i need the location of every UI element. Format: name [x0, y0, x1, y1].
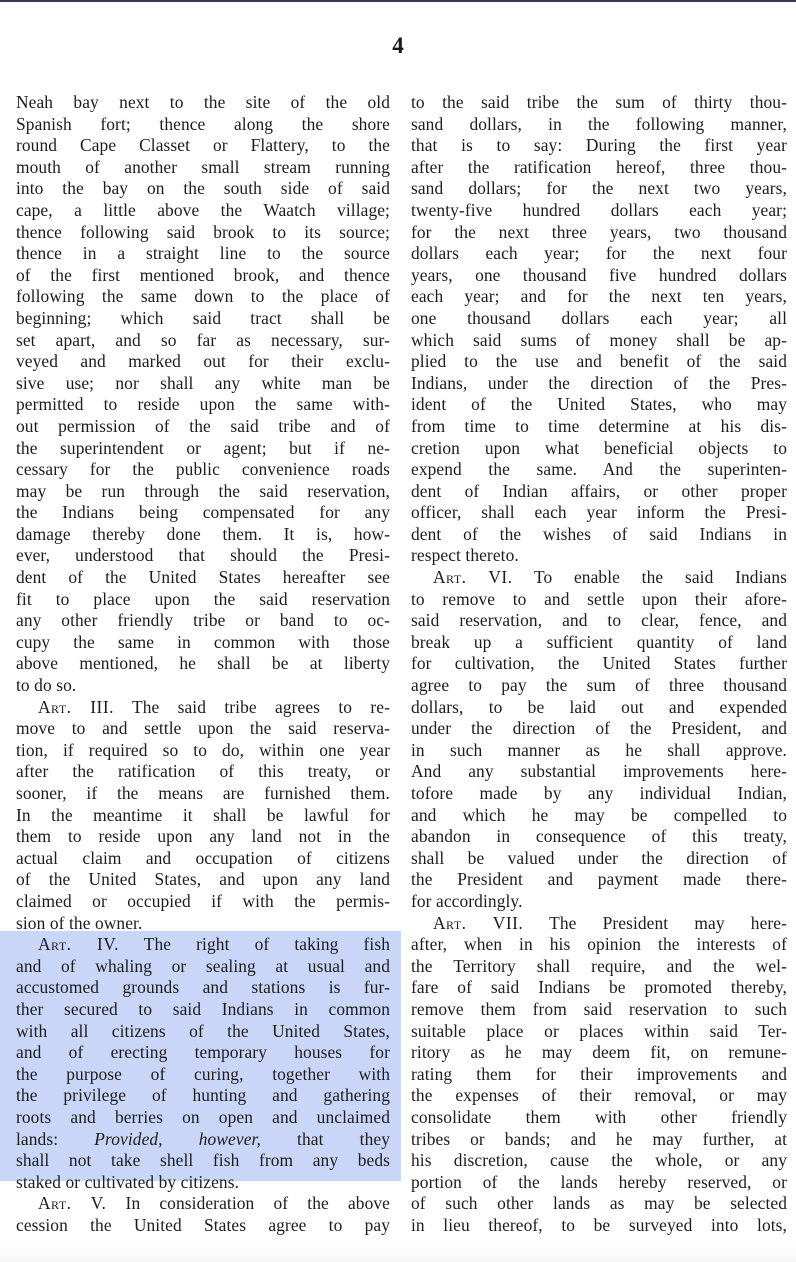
text-line: cessary for the public convenience roads — [16, 459, 390, 481]
text-line: plied to the use and benefit of the said — [411, 351, 787, 373]
text-line: any other friendly tribe or band to oc- — [16, 610, 390, 632]
text-line: dent of the wishes of said Indians in — [411, 524, 787, 546]
italic-proviso: Provided, however, — [94, 1129, 261, 1149]
text-line: accustomed grounds and stations is fur- — [16, 977, 390, 999]
text-line: actual claim and occupation of citizens — [16, 848, 390, 870]
text-line: in such manner as he shall approve. — [411, 740, 787, 762]
text-line: agree to pay the sum of three thousand — [411, 675, 787, 697]
text-line: set apart, and so far as necessary, sur- — [16, 330, 390, 352]
text-line: sand dollars; for the next two years, — [411, 178, 787, 200]
article-label: Art. VI. — [433, 567, 513, 587]
article-heading-line: Art. IV. The right of taking fish — [16, 934, 390, 956]
text-line: ther secured to said Indians in common — [16, 999, 390, 1021]
text-line: sooner, if the means are furnished them. — [16, 783, 390, 805]
text-line: for accordingly. — [411, 891, 787, 913]
text-line: thence in a straight line to the source — [16, 243, 390, 265]
text-span: In consideration of the above — [126, 1193, 390, 1213]
paragraph-art-6: Art. VI. To enable the said Indians to r… — [411, 567, 787, 913]
text-line: into the bay on the south side of said — [16, 178, 390, 200]
text-span: The said tribe agrees to re- — [132, 697, 390, 717]
text-line: dent of the United States hereafter see — [16, 567, 390, 589]
text-line: the privilege of hunting and gathering — [16, 1085, 390, 1107]
text-line: officer, shall each year inform the Pres… — [411, 502, 787, 524]
text-line: expend the same. And the superinten- — [411, 459, 787, 481]
text-line: for cultivation, the United States furth… — [411, 653, 787, 675]
text-line: fit to place upon the said reservation — [16, 589, 390, 611]
text-line: of the United States, and upon any land — [16, 869, 390, 891]
text-line: of such other lands as may be selected — [411, 1193, 787, 1215]
text-line: tion, if required so to do, within one y… — [16, 740, 390, 762]
text-line: consolidate them with other friendly — [411, 1107, 787, 1129]
text-line: dollars each year; for the next four — [411, 243, 787, 265]
text-line: the President and payment made there- — [411, 869, 787, 891]
text-line: suitable place or places within said Ter… — [411, 1021, 787, 1043]
text-line: from time to time determine at his dis- — [411, 416, 787, 438]
text-line: said reservation, and to clear, fence, a… — [411, 610, 787, 632]
text-line: break up a sufficient quantity of land — [411, 632, 787, 654]
text-line: cession the United States agree to pay — [16, 1215, 390, 1237]
text-line: permitted to reside upon the same with- — [16, 394, 390, 416]
text-line: veyed and marked out for their exclu- — [16, 351, 390, 373]
text-line: shall not take shell fish from any beds — [16, 1150, 390, 1172]
text-line: after the ratification hereof, three tho… — [411, 157, 787, 179]
text-line: abandon in consequence of this treaty, — [411, 826, 787, 848]
text-line: damage thereby done them. It is, how- — [16, 524, 390, 546]
paragraph-art-2-continued: Neah bay next to the site of the old Spa… — [16, 92, 390, 697]
text-span: To enable the said Indians — [534, 567, 787, 587]
text-line: respect thereto. — [411, 545, 787, 567]
text-span: that they — [297, 1129, 390, 1149]
text-line: the superintendent or agent; but if ne- — [16, 438, 390, 460]
text-line: to do so. — [16, 675, 390, 697]
text-line: In the meantime it shall be lawful for — [16, 805, 390, 827]
text-line: sion of the owner. — [16, 913, 390, 935]
text-line: tofore made by any individual Indian, — [411, 783, 787, 805]
page-bottom-edge — [0, 1245, 796, 1262]
text-line: which said sums of money shall be ap- — [411, 330, 787, 352]
paragraph-art-4-selected[interactable]: Art. IV. The right of taking fish and of… — [16, 934, 390, 1193]
text-line: the Indians being compensated for any — [16, 502, 390, 524]
text-line: the purpose of curing, together with — [16, 1064, 390, 1086]
text-line: ident of the United States, who may — [411, 394, 787, 416]
article-heading-line: Art. V. In consideration of the above — [16, 1193, 390, 1215]
article-label: Art. IV. — [38, 934, 119, 954]
text-line: round Cape Classet or Flattery, to the — [16, 135, 390, 157]
text-line: with all citizens of the United States, — [16, 1021, 390, 1043]
text-line: And any substantial improvements here- — [411, 761, 787, 783]
text-line: to remove to and settle upon their afore… — [411, 589, 787, 611]
text-line: and which he may be compelled to — [411, 805, 787, 827]
text-line: portion of the lands hereby reserved, or — [411, 1172, 787, 1194]
proviso-line: lands: Provided, however, that they — [16, 1129, 390, 1151]
text-line: above mentioned, he shall be at liberty — [16, 653, 390, 675]
paragraph-art-5: Art. V. In consideration of the above ce… — [16, 1193, 390, 1236]
text-line: each year; and for the next ten years, — [411, 286, 787, 308]
text-line: claimed or occupied if with the permis- — [16, 891, 390, 913]
article-heading-line: Art. VI. To enable the said Indians — [411, 567, 787, 589]
text-line: Spanish fort; thence along the shore — [16, 114, 390, 136]
text-line: the expenses of their removal, or may — [411, 1085, 787, 1107]
text-line: beginning; which said tract shall be — [16, 308, 390, 330]
text-line: tribes or bands; and he may further, at — [411, 1129, 787, 1151]
page-number: 4 — [0, 33, 796, 59]
text-line: one thousand dollars each year; all — [411, 308, 787, 330]
text-line: of the first mentioned brook, and thence — [16, 265, 390, 287]
text-line: move to and settle upon the said reserva… — [16, 718, 390, 740]
paragraph-art-7: Art. VII. The President may here- after,… — [411, 913, 787, 1237]
text-line: cape, a little above the Waatch village; — [16, 200, 390, 222]
right-column: to the said tribe the sum of thirty thou… — [411, 92, 787, 1236]
text-line: rating them for their improvements and — [411, 1064, 787, 1086]
article-heading-line: Art. VII. The President may here- — [411, 913, 787, 935]
text-line: following the same down to the place of — [16, 286, 390, 308]
text-line: dollars, to be laid out and expended — [411, 697, 787, 719]
text-line: fare of said Indians be promoted thereby… — [411, 977, 787, 999]
text-line: may be run through the said reservation, — [16, 481, 390, 503]
text-line: and of erecting temporary houses for — [16, 1042, 390, 1064]
article-label: Art. III. — [38, 697, 114, 717]
text-line: the Territory shall require, and the wel… — [411, 956, 787, 978]
window-top-border — [0, 0, 796, 2]
text-line: twenty-five hundred dollars each year; — [411, 200, 787, 222]
paragraph-art-5-continued: to the said tribe the sum of thirty thou… — [411, 92, 787, 567]
text-line: remove them from said reservation to suc… — [411, 999, 787, 1021]
text-line: and of whaling or sealing at usual and — [16, 956, 390, 978]
text-line: cretion upon what beneficial objects to — [411, 438, 787, 460]
text-line: after the ratification of this treaty, o… — [16, 761, 390, 783]
text-line: his discretion, cause the whole, or any — [411, 1150, 787, 1172]
article-label: Art. V. — [38, 1193, 106, 1213]
text-line: thence following said brook to its sourc… — [16, 222, 390, 244]
text-span: The President may here- — [549, 913, 787, 933]
text-line: for the next three years, two thousand — [411, 222, 787, 244]
text-line: that is to say: During the first year — [411, 135, 787, 157]
text-line: them to reside upon any land not in the — [16, 826, 390, 848]
text-line: ritory as he may deem fit, on remune- — [411, 1042, 787, 1064]
text-line: Indians, under the direction of the Pres… — [411, 373, 787, 395]
text-line: in lieu thereof, to be surveyed into lot… — [411, 1215, 787, 1237]
text-line: cupy the same in common with those — [16, 632, 390, 654]
text-line: dent of Indian affairs, or other proper — [411, 481, 787, 503]
text-line: sand dollars, in the following manner, — [411, 114, 787, 136]
text-line: after, when in his opinion the interests… — [411, 934, 787, 956]
text-span: The right of taking fish — [144, 934, 390, 954]
text-line: out permission of the said tribe and of — [16, 416, 390, 438]
text-span: lands: — [16, 1129, 58, 1149]
paragraph-art-3: Art. III. The said tribe agrees to re- m… — [16, 697, 390, 935]
article-label: Art. VII. — [433, 913, 523, 933]
text-line: sive use; nor shall any white man be — [16, 373, 390, 395]
article-heading-line: Art. III. The said tribe agrees to re- — [16, 697, 390, 719]
text-line: roots and berries on open and unclaimed — [16, 1107, 390, 1129]
text-line: shall be valued under the direction of — [411, 848, 787, 870]
left-column: Neah bay next to the site of the old Spa… — [16, 92, 390, 1236]
text-line: Neah bay next to the site of the old — [16, 92, 390, 114]
text-line: staked or cultivated by citizens. — [16, 1172, 390, 1194]
text-line: ever, understood that should the Presi- — [16, 545, 390, 567]
text-line: mouth of another small stream running — [16, 157, 390, 179]
text-line: years, one thousand five hundred dollars — [411, 265, 787, 287]
text-line: to the said tribe the sum of thirty thou… — [411, 92, 787, 114]
text-line: under the direction of the President, an… — [411, 718, 787, 740]
